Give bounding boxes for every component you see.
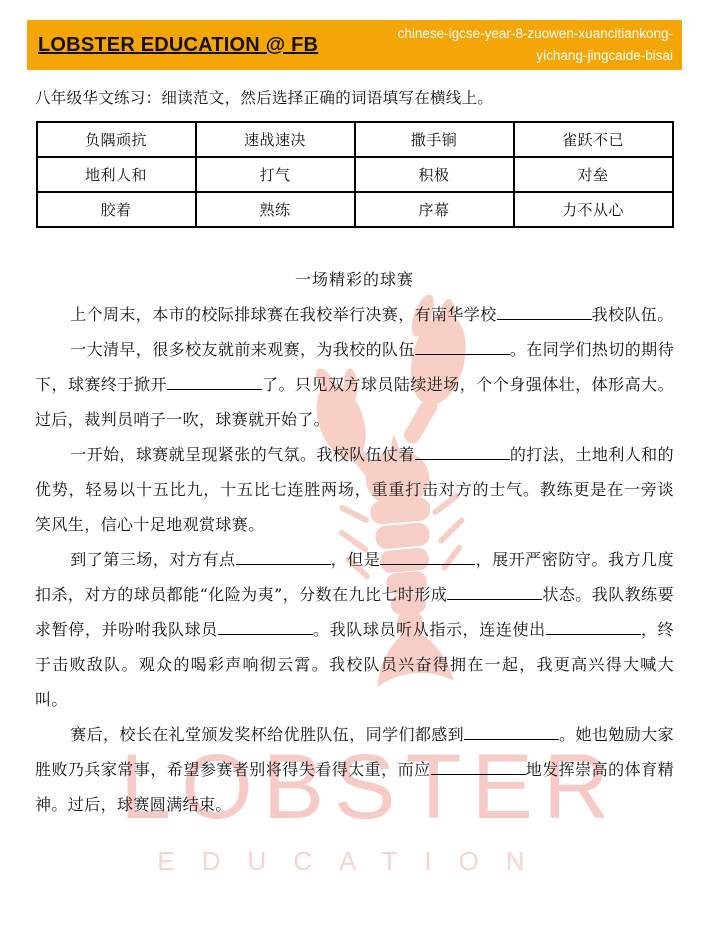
paragraph-5: 赛后，校长在礼堂颁发奖杯给优胜队伍，同学们都感到。她也勉励大家胜败乃兵家常事，希… (35, 717, 674, 822)
answer-blank (167, 376, 262, 390)
word-bank-cell: 撒手锏 (355, 122, 514, 157)
word-bank-cell: 打气 (196, 157, 355, 192)
answer-blank (464, 726, 559, 740)
worksheet-code: chinese-igcse-year-8-zuowen-xuancitianko… (398, 23, 673, 66)
header-band: LOBSTER EDUCATION @ FB chinese-igcse-yea… (27, 20, 682, 70)
answer-blank (236, 551, 331, 565)
answer-blank (218, 621, 313, 635)
word-bank-cell: 序幕 (355, 192, 514, 227)
word-bank-cell: 负隅顽抗 (37, 122, 196, 157)
word-bank-row: 负隅顽抗 速战速决 撒手锏 雀跃不已 (37, 122, 673, 157)
worksheet-code-line1: chinese-igcse-year-8-zuowen-xuancitianko… (398, 23, 673, 45)
paragraph-1: 上个周末，本市的校际排球赛在我校举行决赛，有南华学校我校队伍。 (35, 297, 674, 332)
passage-text: 赛后，校长在礼堂颁发奖杯给优胜队伍，同学们都感到 (70, 725, 464, 744)
passage-text: 一开始，球赛就呈现紧张的气氛。我校队伍仗着 (70, 445, 415, 464)
word-bank-cell: 雀跃不已 (514, 122, 673, 157)
passage-text: 一大清早，很多校友就前来观赛，为我校的队伍 (70, 340, 415, 359)
word-bank-cell: 熟练 (196, 192, 355, 227)
word-bank-cell: 对垒 (514, 157, 673, 192)
answer-blank (431, 761, 526, 775)
passage-text: ，但是 (331, 550, 381, 569)
paragraph-2: 一大清早，很多校友就前来观赛，为我校的队伍。在同学们热切的期待下，球赛终于掀开了… (35, 332, 674, 437)
paragraph-4: 到了第三场，对方有点，但是，展开严密防守。我方几度扣杀，对方的球员都能“化险为夷… (35, 542, 674, 717)
paragraph-3: 一开始，球赛就呈现紧张的气氛。我校队伍仗着的打法，土地利人和的优势，轻易以十五比… (35, 437, 674, 542)
answer-blank (447, 586, 542, 600)
word-bank-row: 胶着 熟练 序幕 力不从心 (37, 192, 673, 227)
passage: 一场精彩的球赛 上个周末，本市的校际排球赛在我校举行决赛，有南华学校我校队伍。 … (35, 262, 674, 822)
answer-blank (415, 446, 510, 460)
passage-text: 我校队伍。 (592, 305, 674, 324)
answer-blank (546, 621, 641, 635)
passage-text: 到了第三场，对方有点 (70, 550, 235, 569)
worksheet-page: LOBSTER EDUCATION LOBSTER EDUCATION @ FB… (0, 0, 709, 935)
answer-blank (415, 341, 510, 355)
exercise-instruction: 八年级华文练习：细读范文，然后选择正确的词语填写在横线上。 (35, 86, 674, 108)
worksheet-code-line2: yichang-jingcaide-bisai (398, 45, 673, 67)
word-bank-cell: 速战速决 (196, 122, 355, 157)
passage-text: 。我队球员听从指示，连连使出 (313, 620, 546, 639)
worksheet-content: LOBSTER EDUCATION @ FB chinese-igcse-yea… (0, 0, 709, 935)
passage-text: 上个周末，本市的校际排球赛在我校举行决赛，有南华学校 (70, 305, 496, 324)
answer-blank (497, 306, 592, 320)
word-bank-row: 地利人和 打气 积极 对垒 (37, 157, 673, 192)
word-bank-cell: 地利人和 (37, 157, 196, 192)
passage-title: 一场精彩的球赛 (35, 262, 674, 297)
answer-blank (380, 551, 475, 565)
brand-title: LOBSTER EDUCATION @ FB (38, 34, 318, 57)
word-bank-cell: 积极 (355, 157, 514, 192)
word-bank-table: 负隅顽抗 速战速决 撒手锏 雀跃不已 地利人和 打气 积极 对垒 胶着 熟练 序… (36, 121, 674, 228)
word-bank-cell: 力不从心 (514, 192, 673, 227)
word-bank-cell: 胶着 (37, 192, 196, 227)
